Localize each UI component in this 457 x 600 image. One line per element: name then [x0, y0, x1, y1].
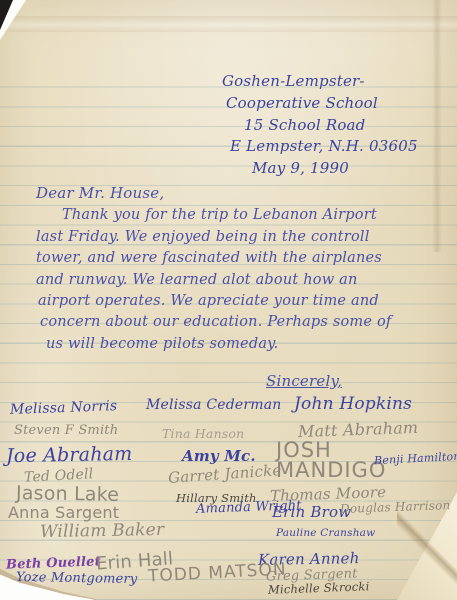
signature-john-hopkins: John Hopkins: [294, 394, 412, 414]
header-line: Cooperative School: [226, 94, 378, 112]
signature-joe-abraham: Joe Abraham: [6, 443, 133, 467]
salutation: Dear Mr. House,: [36, 184, 164, 202]
body-line: concern about our education. Perhaps som…: [40, 314, 391, 330]
signature-amy-mc: Amy Mc.: [182, 447, 256, 465]
header-line: 15 School Road: [244, 116, 366, 134]
body-line: last Friday. We enjoyed being in the con…: [36, 229, 370, 245]
paper-crease-right: [432, 0, 442, 252]
signature-yoze-montgomery: Yoze Montgomery: [16, 570, 138, 587]
body-line: airport operates. We apreciate your time…: [38, 293, 379, 309]
header-line: Goshen-Lempster-: [222, 72, 365, 90]
scanned-letter: Goshen-Lempster- Cooperative School 15 S…: [0, 0, 457, 600]
paper-crease-top: [0, 16, 457, 32]
header-line: E Lempster, N.H. 03605: [230, 137, 418, 155]
signature-pauline-cranshaw: Pauline Cranshaw: [276, 527, 375, 539]
signature-anna-sargent: Anna Sargent: [8, 503, 119, 522]
closing: Sincerely,: [266, 372, 342, 390]
signature-steven-f-smith: Steven F Smith: [14, 423, 118, 438]
body-line: us will become pilots someday.: [46, 336, 278, 352]
signature-william-baker: William Baker: [40, 520, 165, 542]
header-date-line: May 9, 1990: [252, 159, 349, 177]
body-line: and runway. We learned alot about how an: [36, 272, 358, 288]
signature-melissa-cederman: Melissa Cederman: [146, 397, 282, 413]
body-line: Thank you for the trip to Lebanon Airpor…: [62, 207, 377, 223]
signature-tina-hanson: Tina Hanson: [162, 426, 244, 441]
body-line: tower, and were fascinated with the airp…: [36, 250, 382, 266]
